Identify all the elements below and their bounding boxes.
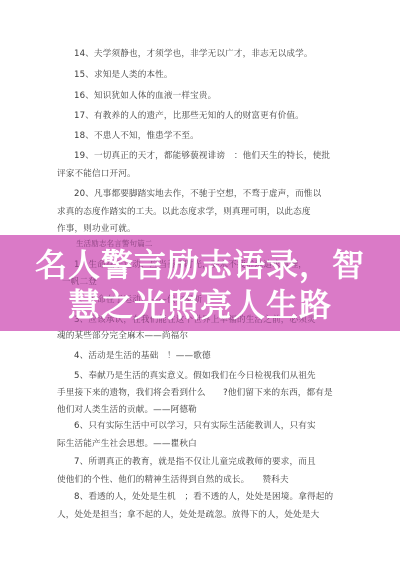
- quote-5-line-1: 5、奉献乃是生活的真实意义。假如我们在今日检视我们从祖先: [74, 371, 316, 382]
- quote-19-line-2: 评家不能信口开河。: [57, 169, 136, 180]
- quote-8-line-1: 8、看透的人，处处是生机 ；看不透的人，处处是困境。拿得起的: [74, 492, 333, 503]
- quote-7-line-1: 7、所谓真正的教育，就是指不仅让儿童完成教师的要求，而且: [74, 457, 316, 468]
- quote-18: 18、不患人不知，惟患学不至。: [74, 131, 199, 142]
- quote-20-line-3: 作事，则功业可就。: [57, 224, 136, 235]
- quote-19-line-1: 19、一切真正的天才，都能够藐视诽谤 ：他们天生的特长，使批: [74, 151, 330, 162]
- quote-6-line-1: 6、只有实际生活中可以学习，只有实际生活能教训人，只有实: [74, 421, 316, 432]
- quote-8-line-2: 人，处处是担当；拿不起的人，处处是疏忽。放得下的人，处处是大: [57, 510, 319, 521]
- banner-title-line-1: 名人警言励志语录，智: [0, 245, 400, 285]
- quote-16: 16、知识犹如人体的血液一样宝贵。: [74, 91, 216, 102]
- quote-20-line-1: 20、凡事都要脚踏实地去作，不驰于空想，不骛于虚声，而惟以: [74, 189, 321, 200]
- quote-7-line-2: 使他们的个性、他们的精神生活得到自然的成长。 赞科夫: [57, 475, 289, 486]
- quote-6-line-2: 际生活能产生社会思想。——瞿秋白: [57, 439, 197, 450]
- quote-15: 15、求知是人类的本性。: [74, 70, 173, 81]
- banner-title-line-2: 慧之光照亮人生路: [0, 285, 400, 325]
- quote-4: 4、活动是生活的基础 ！——歌德: [74, 351, 211, 362]
- quote-14: 14、夫学须静也，才须学也，非学无以广才，非志无以成学。: [74, 49, 313, 60]
- quote-20-line-2: 求真的态度作踏实的工夫。以此态度求学，则真理可明，以此态度: [57, 207, 311, 218]
- quote-17: 17、有教养的人的遗产，比那些无知的人的财富更有价值。: [74, 111, 304, 122]
- quote-5-line-3: 他们对人类生活的贡献。——阿德勒: [57, 405, 197, 416]
- title-banner: 生活励志名言警句篇二 1、生命在于运动，应当善用时光，要永不疲倦地追求真理， 一…: [0, 235, 400, 331]
- quote-3-line-2: 魂的某些部分完全麻木——尚福尔: [57, 331, 188, 342]
- quote-5-line-2: 手里接下来的遗物，我们将会看到什么 ?他们留下来的东西，都有是: [57, 388, 333, 399]
- document-page: 14、夫学须静也，才须学也，非学无以广才，非志无以成学。 15、求知是人类的本性…: [0, 0, 400, 566]
